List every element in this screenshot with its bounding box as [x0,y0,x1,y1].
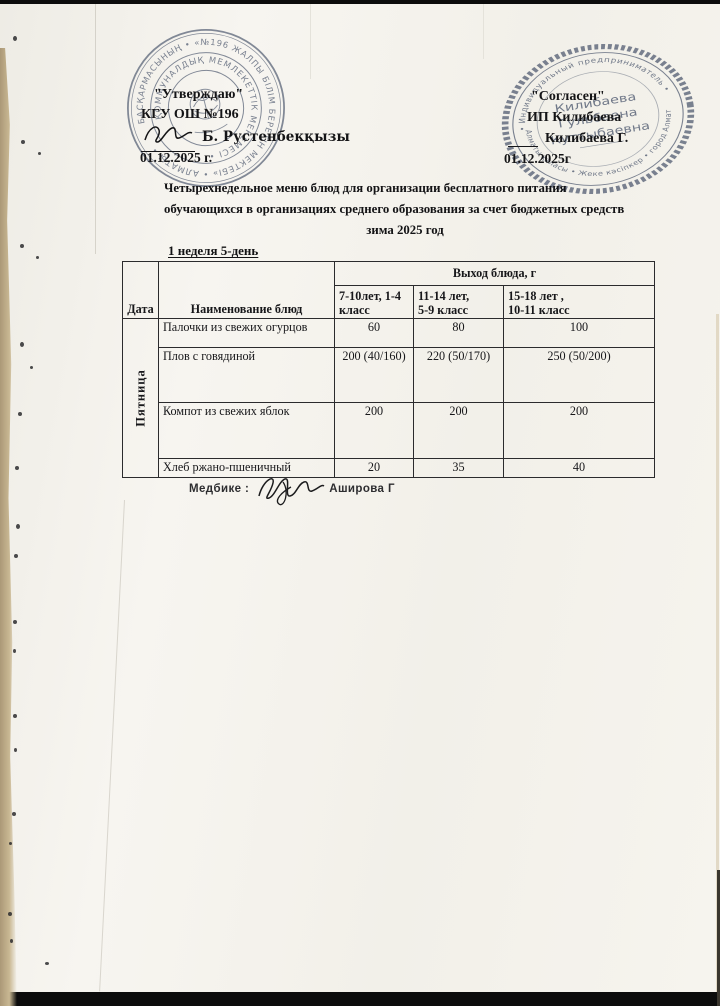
approve-title: "Утверждаю" [154,87,243,103]
table-row: Хлеб ржано-пшеничный 20 35 40 [123,459,655,478]
scan-speck [13,714,17,718]
scan-speck [45,962,49,965]
scan-speck [13,649,16,653]
portion-value: 35 [414,459,504,478]
crease-line [310,4,311,79]
approve-signature [141,122,195,152]
agree-signature-line [508,145,538,147]
nurse-signature-icon [253,468,327,510]
document-title: Четырехнедельное меню блюд для организац… [164,178,646,241]
nurse-label: Медбике : [189,483,249,495]
portion-value: 20 [335,459,414,478]
portion-value: 40 [504,459,655,478]
scan-speck [38,152,41,155]
header-date: Дата [123,262,159,319]
title-line-3: зима 2025 год [164,220,646,241]
header-age-group-3: 15-18 лет , 10-11 класс [504,286,655,319]
signature-icon [141,122,195,146]
dish-name: Компот из свежих яблок [159,403,335,459]
crease-line [95,4,96,254]
document-photo: БАСҚАРМАСЫНЫҢ • «№196 ЖАЛПЫ БІЛІМ БЕРЕТІ… [0,0,720,1006]
portion-value: 100 [504,319,655,348]
day-cell: Пятница [123,319,159,478]
scan-speck [20,244,24,248]
portion-value: 200 (40/160) [335,348,414,403]
approve-org: КГУ ОШ №196 [141,107,239,123]
crease-line [99,500,125,991]
approve-name: Б. Рустенбекқызы [202,129,350,145]
dish-name: Плов с говядиной [159,348,335,403]
crease-line [483,4,484,59]
scan-speck [20,342,24,347]
nurse-line: Медбике : Аширова Г [189,480,395,498]
scan-speck [13,36,17,41]
day-label: Пятница [133,369,148,426]
scan-speck [14,748,17,752]
agree-date: 01.12.2025г [504,151,571,167]
portion-value: 200 [335,403,414,459]
scan-speck [36,256,39,259]
table-row: Пятница Палочки из свежих огурцов 60 80 … [123,319,655,348]
scan-speck [14,554,18,558]
header-dish: Наименование блюд [159,262,335,319]
nurse-name: Аширова Г [329,483,395,495]
scan-speck [18,412,22,416]
table-row: Плов с говядиной 200 (40/160) 220 (50/17… [123,348,655,403]
scan-speck [13,620,17,624]
approve-date: 01.12.2025 г. [140,150,212,166]
menu-table: Дата Наименование блюд Выход блюда, г 7-… [122,261,655,478]
header-output: Выход блюда, г [335,262,655,286]
scan-speck [21,140,25,144]
scan-speck [10,939,13,943]
title-line-2: обучающихся в организациях среднего обра… [164,199,646,220]
agree-title: "Согласен" [531,89,605,105]
table-row: Компот из свежих яблок 200 200 200 [123,403,655,459]
portion-value: 80 [414,319,504,348]
header-age-group-1: 7-10лет, 1-4 класс [335,286,414,319]
portion-value: 220 (50/170) [414,348,504,403]
scan-speck [12,812,16,816]
scan-speck [15,466,19,470]
scan-speck [8,912,12,916]
header-age-group-2: 11-14 лет, 5-9 класс [414,286,504,319]
agree-name: Килибаева Г. [545,131,628,147]
scan-speck [9,842,12,845]
portion-value: 60 [335,319,414,348]
scan-speck [30,366,33,369]
paper-page: БАСҚАРМАСЫНЫҢ • «№196 ЖАЛПЫ БІЛІМ БЕРЕТІ… [0,4,720,992]
week-label: 1 неделя 5-день [168,243,258,259]
portion-value: 250 (50/200) [504,348,655,403]
portion-value: 200 [504,403,655,459]
agree-org: ИП Килибаева [527,110,621,126]
scan-speck [16,524,20,529]
portion-value: 200 [414,403,504,459]
title-line-1: Четырехнедельное меню блюд для организац… [164,178,646,199]
dish-name: Палочки из свежих огурцов [159,319,335,348]
